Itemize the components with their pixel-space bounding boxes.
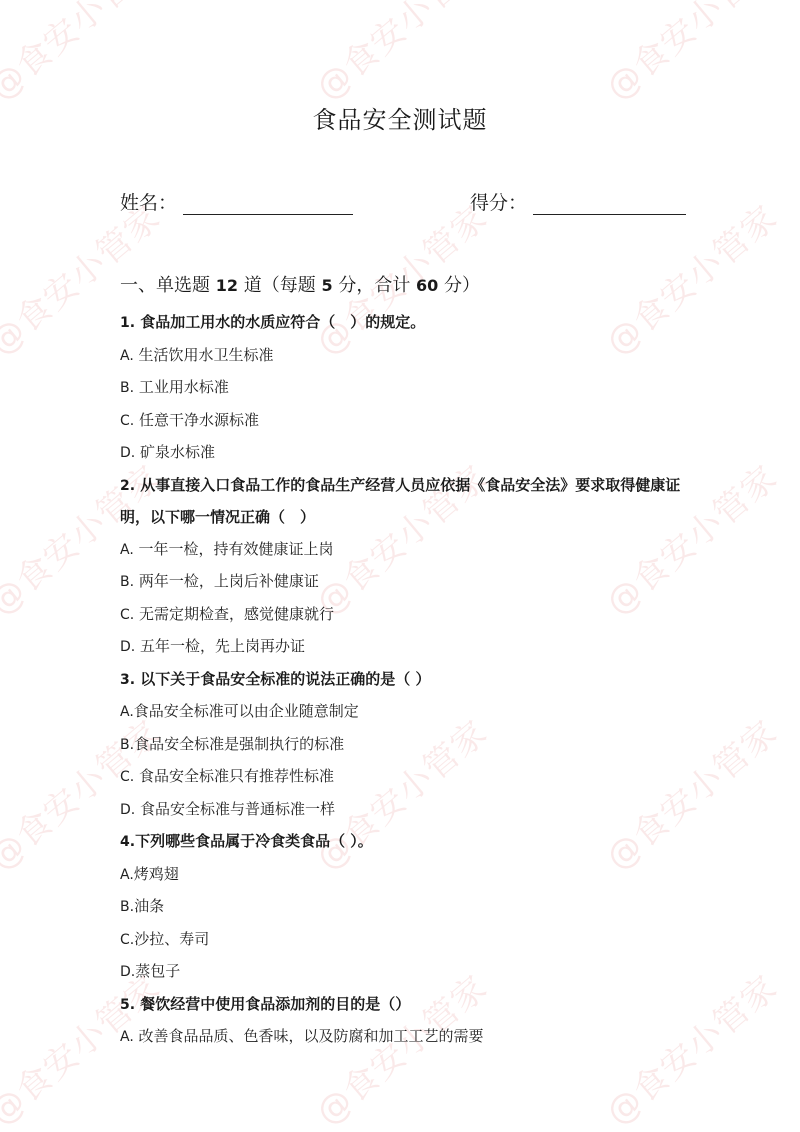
option-4a[interactable]: A.烤鸡翅 — [120, 859, 690, 892]
per-question-score: 5 — [321, 276, 332, 295]
option-text: 改善食品品质、色香味，以及防腐和加工工艺的需要 — [134, 1027, 484, 1045]
option-letter: A. — [120, 704, 134, 720]
option-letter: A. — [120, 867, 134, 883]
option-letter: D. — [120, 802, 135, 818]
option-text: 食品安全标准可以由企业随意制定 — [134, 702, 359, 720]
option-letter: D. — [120, 639, 135, 655]
question-text: 餐饮经营中使用食品添加剂的目的是（） — [135, 995, 410, 1013]
option-letter: C. — [120, 607, 134, 623]
option-text: 蒸包子 — [135, 962, 180, 980]
option-4c[interactable]: C.沙拉、寿司 — [120, 924, 690, 957]
option-text: 两年一检，上岗后补健康证 — [134, 572, 319, 590]
option-1a[interactable]: A. 生活饮用水卫生标准 — [120, 340, 690, 373]
option-1c[interactable]: C. 任意干净水源标准 — [120, 405, 690, 438]
option-letter: A. — [120, 542, 134, 558]
option-text: 食品安全标准与普通标准一样 — [135, 800, 335, 818]
question-number: 3. — [120, 672, 135, 688]
document-title: 食品安全测试题 — [0, 100, 800, 135]
option-text: 五年一检，先上岗再办证 — [135, 637, 305, 655]
option-letter: C. — [120, 769, 134, 785]
option-letter: A. — [120, 1029, 134, 1045]
section-prefix: 一、单选题 — [120, 275, 216, 296]
question-text: 以下关于食品安全标准的说法正确的是（ ） — [135, 670, 430, 688]
score-label: 得分： — [470, 188, 527, 215]
question-1: 1. 食品加工用水的水质应符合（ ）的规定。 — [120, 307, 690, 340]
question-4: 4.下列哪些食品属于冷食类食品（ ）。 — [120, 826, 690, 859]
option-3d[interactable]: D. 食品安全标准与普通标准一样 — [120, 794, 690, 827]
option-text: 食品安全标准是强制执行的标准 — [134, 735, 344, 753]
score-field: 得分： — [470, 188, 686, 215]
name-field: 姓名： — [120, 188, 353, 215]
section-text: 道（每题 — [238, 275, 321, 296]
option-text: 工业用水标准 — [134, 378, 229, 396]
question-5: 5. 餐饮经营中使用食品添加剂的目的是（） — [120, 989, 690, 1022]
score-blank-line[interactable] — [533, 194, 686, 215]
option-text: 沙拉、寿司 — [134, 930, 209, 948]
section-heading: 一、单选题 12 道（每题 5 分，合计 60 分） — [120, 270, 690, 302]
option-letter: D. — [120, 964, 135, 980]
option-text: 生活饮用水卫生标准 — [134, 346, 274, 364]
option-2a[interactable]: A. 一年一检，持有效健康证上岗 — [120, 534, 690, 567]
question-count: 12 — [216, 276, 238, 295]
option-2b[interactable]: B. 两年一检，上岗后补健康证 — [120, 566, 690, 599]
question-list: 一、单选题 12 道（每题 5 分，合计 60 分） 1. 食品加工用水的水质应… — [120, 270, 690, 1054]
option-letter: B. — [120, 380, 134, 396]
section-suffix: 分） — [438, 275, 480, 296]
section-text: 分，合计 — [333, 275, 416, 296]
question-number: 2. — [120, 478, 135, 494]
question-number: 1. — [120, 315, 135, 331]
question-number: 5. — [120, 997, 135, 1013]
option-3a[interactable]: A.食品安全标准可以由企业随意制定 — [120, 696, 690, 729]
question-3: 3. 以下关于食品安全标准的说法正确的是（ ） — [120, 664, 690, 697]
option-text: 无需定期检查，感觉健康就行 — [134, 605, 334, 623]
option-letter: C. — [120, 413, 134, 429]
option-text: 食品安全标准只有推荐性标准 — [134, 767, 334, 785]
question-text: 从事直接入口食品工作的食品生产经营人员应依据《食品安全法》要求取得健康证明，以下… — [120, 476, 680, 527]
option-5a[interactable]: A. 改善食品品质、色香味，以及防腐和加工工艺的需要 — [120, 1021, 690, 1054]
option-text: 烤鸡翅 — [134, 865, 179, 883]
option-text: 矿泉水标准 — [135, 443, 215, 461]
option-4b[interactable]: B.油条 — [120, 891, 690, 924]
option-3c[interactable]: C. 食品安全标准只有推荐性标准 — [120, 761, 690, 794]
option-1b[interactable]: B. 工业用水标准 — [120, 372, 690, 405]
option-1d[interactable]: D. 矿泉水标准 — [120, 437, 690, 470]
total-score: 60 — [416, 276, 438, 295]
option-4d[interactable]: D.蒸包子 — [120, 956, 690, 989]
option-letter: B. — [120, 899, 134, 915]
option-text: 油条 — [134, 897, 164, 915]
question-number: 4. — [120, 834, 135, 850]
option-letter: B. — [120, 574, 134, 590]
option-letter: C. — [120, 932, 134, 948]
option-2c[interactable]: C. 无需定期检查，感觉健康就行 — [120, 599, 690, 632]
name-label: 姓名： — [120, 188, 177, 215]
question-2: 2. 从事直接入口食品工作的食品生产经营人员应依据《食品安全法》要求取得健康证明… — [120, 470, 690, 534]
option-letter: B. — [120, 737, 134, 753]
question-text: 食品加工用水的水质应符合（ ）的规定。 — [135, 313, 425, 331]
option-letter: D. — [120, 445, 135, 461]
option-text: 一年一检，持有效健康证上岗 — [134, 540, 334, 558]
option-letter: A. — [120, 348, 134, 364]
question-text: 下列哪些食品属于冷食类食品（ ）。 — [135, 832, 373, 850]
option-text: 任意干净水源标准 — [134, 411, 259, 429]
name-blank-line[interactable] — [183, 194, 353, 215]
option-2d[interactable]: D. 五年一检，先上岗再办证 — [120, 631, 690, 664]
option-3b[interactable]: B.食品安全标准是强制执行的标准 — [120, 729, 690, 762]
document-page: 食品安全测试题 姓名： 得分： 一、单选题 12 道（每题 5 分，合计 60 … — [0, 0, 800, 1132]
